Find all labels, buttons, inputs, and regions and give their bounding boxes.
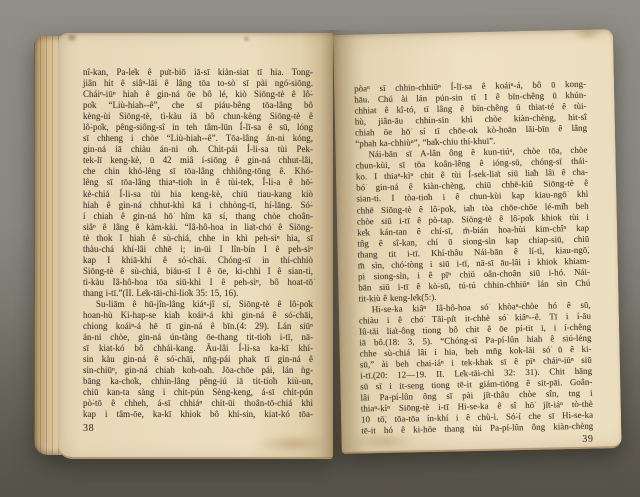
text-line: bāng ka-cho̍k, chhin-lâng pêng-iú iā tit… [83, 376, 313, 387]
page-number-left: 38 [83, 423, 94, 434]
text-line: sī chheng i chòe “Liù-hiah--ê”. Tōa-lâng… [83, 133, 313, 144]
text-line: chiong koáiⁿ-á hē tī gin-ná ê bīn.(4: 29… [83, 321, 313, 332]
text-line: tè thok I hiah ê sù-chiá, chhe in khì pe… [83, 233, 313, 244]
text-line: lô͘-po̍k, pêng-siông-sî in teh tâm-lūn Í… [83, 122, 313, 133]
text-line: siâⁿ ê lâng ê kàm-kài. “Iâ-hô-hoa in lia… [83, 222, 313, 233]
text-line: kap I khiā-khí ê só͘-chāi. Chóng-sī in t… [83, 255, 313, 266]
text-line: sī kiat-kó bô chhái-kang. Āu-lâi Í-li-sa… [83, 343, 313, 354]
text-line: án-ni chòe, gin-ná ún-tàng ōe-thang tit-… [83, 332, 313, 343]
text-line: nî-kan, Pa-le̍k ê pu̍t-biō iā-sī kiàn-si… [83, 67, 313, 78]
text-line: lêng sī tōa-lâng thiaⁿ-tio̍h in ê tùi-te… [83, 177, 313, 188]
text-line: che chin khó-lêng sī tōa-lâng chhiông-tō… [83, 166, 313, 177]
text-line: kap i tâm-ōe, ka-kī khiok bô khí-sin, ki… [83, 409, 313, 420]
text-line: chiū kan-ta sàng i chit-pún Sèng-keng, á… [83, 387, 313, 398]
text-line: thàu-chá khí-lâi chhē i; in-ūi I lîn-bín… [83, 244, 313, 255]
photo-background: nî-kan, Pa-le̍k ê pu̍t-biō iā-sī kiàn-si… [0, 0, 640, 497]
text-line: Siōng-tè ê sù-chiá, biáu-sī I ê ōe, ki-c… [83, 266, 313, 277]
text-line: hiah ê gin-ná chhut-khì kā i chhòng-tī, … [83, 200, 313, 211]
open-book: nî-kan, Pa-le̍k ê pu̍t-biō iā-sī kiàn-si… [0, 0, 640, 497]
left-page-text-column: nî-kan, Pa-le̍k ê pu̍t-biō iā-sī kiàn-si… [83, 67, 313, 421]
text-line: sin kàu gin-ná ê só͘-chāi, nn̄g-pái phak… [83, 354, 313, 365]
text-line: thang i-tī.”(II. Le̍k-tāi-chì-lio̍k 35: … [83, 288, 313, 299]
text-line: Cháiⁿ-iūⁿ hiah ê gin-ná ōe bô lé, kiò Si… [83, 89, 313, 100]
text-line: gin-ná iā chiàu án-ni o̍h. Chit-pái Í-li… [83, 144, 313, 155]
text-line: pò͘-tō ê chheh, á-sī chhiáⁿ chit-ūi thoâ… [83, 398, 313, 409]
text-line: tek-lī keng-kè, ū 42 miâ í-siōng ê gin-n… [83, 155, 313, 166]
right-page: pòaⁿ sī chhin-chhiūⁿ Í-lī-sa ê koáiⁿ-á, … [333, 29, 622, 454]
left-page: nî-kan, Pa-le̍k ê pu̍t-biō iā-sī kiàn-si… [58, 33, 333, 459]
text-line: í chiah ê gin-ná hō͘ hîm kā sí, thang ch… [83, 211, 313, 222]
text-line: kèng-ùi Siōng-tè, tì-kàu iā bô chun-kèng… [83, 111, 313, 122]
text-line: hoan-hù Ki-hap-se kia̍h koáiⁿ-á khì gin-… [83, 310, 313, 321]
text-line: kè-chiá Í-li-sa tùi hia keng-kè, chiū ti… [83, 189, 313, 200]
text-line: tì-kàu Iâ-hô-hoa tōa siū-khì I ê peh-sìⁿ… [83, 277, 313, 288]
text-line: jiân hit ê siâⁿ-lāi ê lâng tōa to-sò͘ sī… [83, 78, 313, 89]
right-page-text-column: pòaⁿ sī chhin-chhiūⁿ Í-lī-sa ê koáiⁿ-á, … [354, 79, 593, 437]
text-line: Su-liām ê hū-jîn-lâng kiáⁿ-jî sí, Siōng-… [83, 299, 313, 310]
text-line: sin-chiūⁿ, gin-ná chiah koh-oa̍h. Jōa-ch… [83, 365, 313, 376]
text-line: po̍k “Liù-hiah--ê”, che sī piáu-bêng tōa… [83, 100, 313, 111]
